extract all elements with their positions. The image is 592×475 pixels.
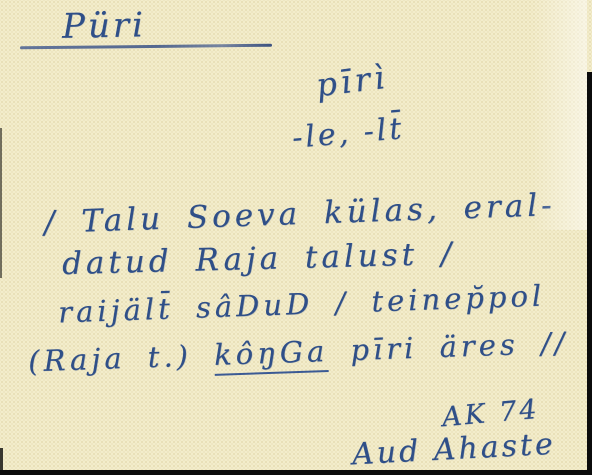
entry-case-endings: -le, -lt̄ bbox=[291, 111, 406, 156]
body-line-1: / Talu Soeva külas, eral- bbox=[44, 187, 557, 241]
scan-edge-right bbox=[587, 72, 592, 475]
index-card: Püri pīrì -le, -lt̄ / Talu Soeva külas, … bbox=[0, 0, 592, 475]
card-heading: Püri bbox=[62, 5, 147, 46]
body-line-4: (Raja t.) kôŋGa pīri äres // bbox=[28, 326, 569, 379]
scan-edge-left-lower bbox=[0, 448, 3, 470]
entry-word: pīrì bbox=[314, 58, 390, 105]
body-line-3: raijält̄ sâDuD / teinep̆pol bbox=[58, 279, 546, 330]
body-line-4-suffix: pīri äres // bbox=[328, 326, 569, 368]
body-line-2: datud Raja talust / bbox=[62, 236, 456, 282]
body-line-4-prefix: (Raja t.) bbox=[28, 338, 215, 378]
scan-edge-left-upper bbox=[0, 128, 2, 278]
parish-village-note: Aud Ahaste bbox=[351, 427, 556, 473]
body-line-4-underlined-word: kôŋGa bbox=[213, 334, 328, 376]
heading-underline bbox=[20, 44, 272, 50]
scan-edge-bottom bbox=[0, 470, 592, 475]
